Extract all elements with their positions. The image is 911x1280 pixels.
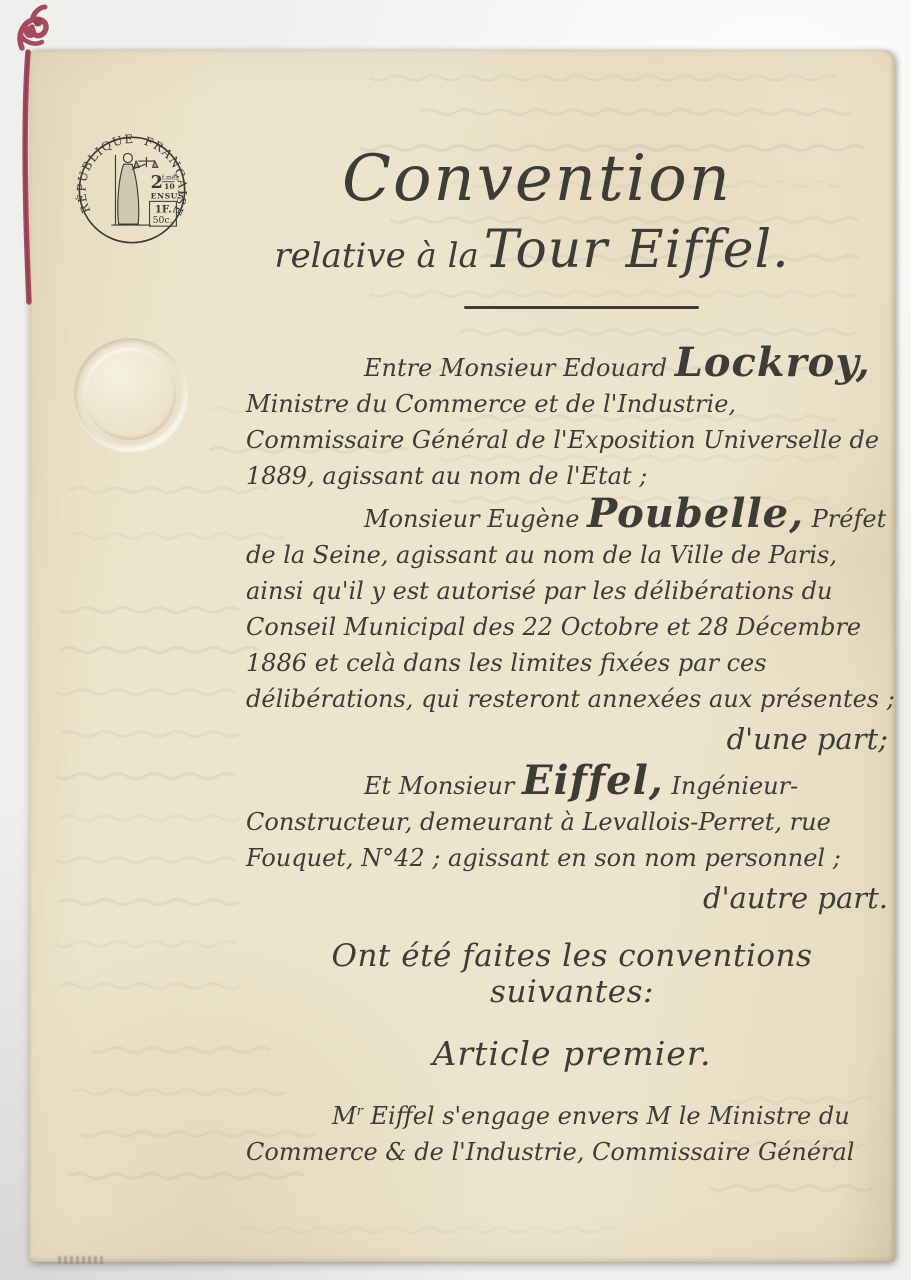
title-subtitle: relative à la Tour Eiffel.	[246, 220, 898, 280]
bleedthrough-squiggle	[240, 1228, 618, 1233]
para4-m: M	[332, 1102, 357, 1130]
bleedthrough-squiggle	[60, 732, 240, 737]
stamp-value-sup: f.mes	[162, 175, 179, 182]
party-name-lockroy: Lockroy,	[675, 339, 871, 386]
para3-lead: Et Monsieur	[364, 772, 522, 800]
heading-article-premier: Article premier.	[246, 1036, 898, 1072]
stamp-face-cent: 50c.	[153, 215, 173, 226]
stamp-face-franc: 1F.	[155, 204, 172, 216]
ink-blot	[58, 1256, 104, 1264]
party-name-poubelle: Poubelle,	[587, 490, 804, 537]
document-content: Convention relative à la Tour Eiffel. En…	[246, 142, 898, 1170]
bleedthrough-squiggle	[55, 774, 235, 779]
embossed-seal	[74, 338, 186, 450]
preamble-lockroy: Entre Monsieur Edouard Lockroy, Ministre…	[246, 345, 898, 494]
scanned-document-scene: RÉPUBLIQUE FRANÇAISE 2 f.mes	[0, 0, 911, 1280]
heading-conventions: Ont été faites les conventions suivantes…	[246, 938, 898, 1010]
binding-cord	[8, 0, 64, 330]
bleedthrough-squiggle	[60, 816, 240, 821]
para2-rest: Préfet de la Seine, agissant au nom de l…	[246, 505, 895, 713]
preamble-poubelle: Monsieur Eugène Poubelle, Préfet de la S…	[246, 496, 898, 717]
bleedthrough-squiggle	[60, 900, 240, 905]
bleedthrough-squiggle	[55, 690, 235, 695]
para2-lead: Monsieur Eugène	[364, 505, 587, 533]
bleedthrough-squiggle	[60, 648, 258, 653]
bleedthrough-squiggle	[70, 1174, 304, 1179]
title-sub-small: relative à la	[274, 236, 478, 276]
para1-rest: Ministre du Commerce et de l'Industrie, …	[246, 390, 879, 490]
title-sub-large: Tour Eiffel.	[484, 220, 790, 280]
party-name-eiffel: Eiffel,	[522, 757, 664, 804]
bleedthrough-squiggle	[55, 942, 235, 947]
document-title: Convention relative à la Tour Eiffel.	[246, 142, 898, 309]
stamp-value-sub: 10	[164, 182, 175, 191]
stamp-value-word: ENSUS	[151, 191, 184, 200]
bleedthrough-squiggle	[70, 488, 268, 493]
paragraph-article1: Mr Eiffel s'engage envers M le Ministre …	[246, 1094, 898, 1170]
bleedthrough-squiggle	[90, 1048, 270, 1053]
bleedthrough-squiggle	[370, 76, 838, 81]
bleedthrough-squiggle	[710, 1186, 872, 1191]
paper-page: RÉPUBLIQUE FRANÇAISE 2 f.mes	[30, 50, 895, 1262]
para1-lead: Entre Monsieur Edouard	[364, 354, 675, 382]
bleedthrough-squiggle	[60, 984, 240, 989]
title-rule	[464, 306, 699, 309]
revenue-stamp: RÉPUBLIQUE FRANÇAISE 2 f.mes	[68, 126, 196, 254]
aside-autre-part: d'autre part.	[246, 880, 898, 916]
bleedthrough-squiggle	[55, 858, 235, 863]
aside-une-part: d'une part;	[246, 721, 898, 757]
title-main: Convention	[246, 142, 898, 216]
bleedthrough-squiggle	[420, 110, 852, 115]
bleedthrough-squiggle	[60, 608, 240, 613]
preamble-eiffel: Et Monsieur Eiffel, Ingénieur-Constructe…	[246, 763, 898, 876]
body-text: Entre Monsieur Edouard Lockroy, Ministre…	[246, 345, 898, 1170]
